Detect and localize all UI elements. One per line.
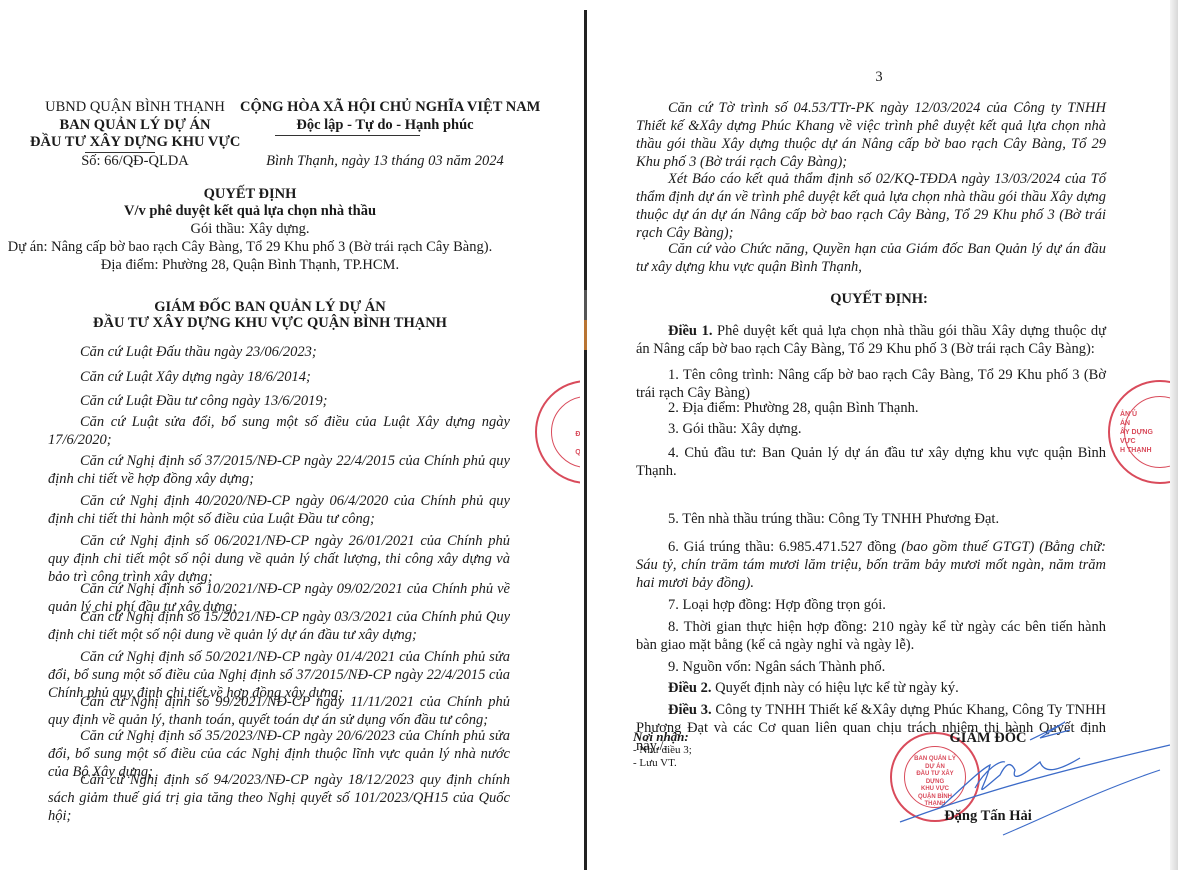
page-edge-shadow [1170,0,1178,870]
signature [0,0,1178,870]
